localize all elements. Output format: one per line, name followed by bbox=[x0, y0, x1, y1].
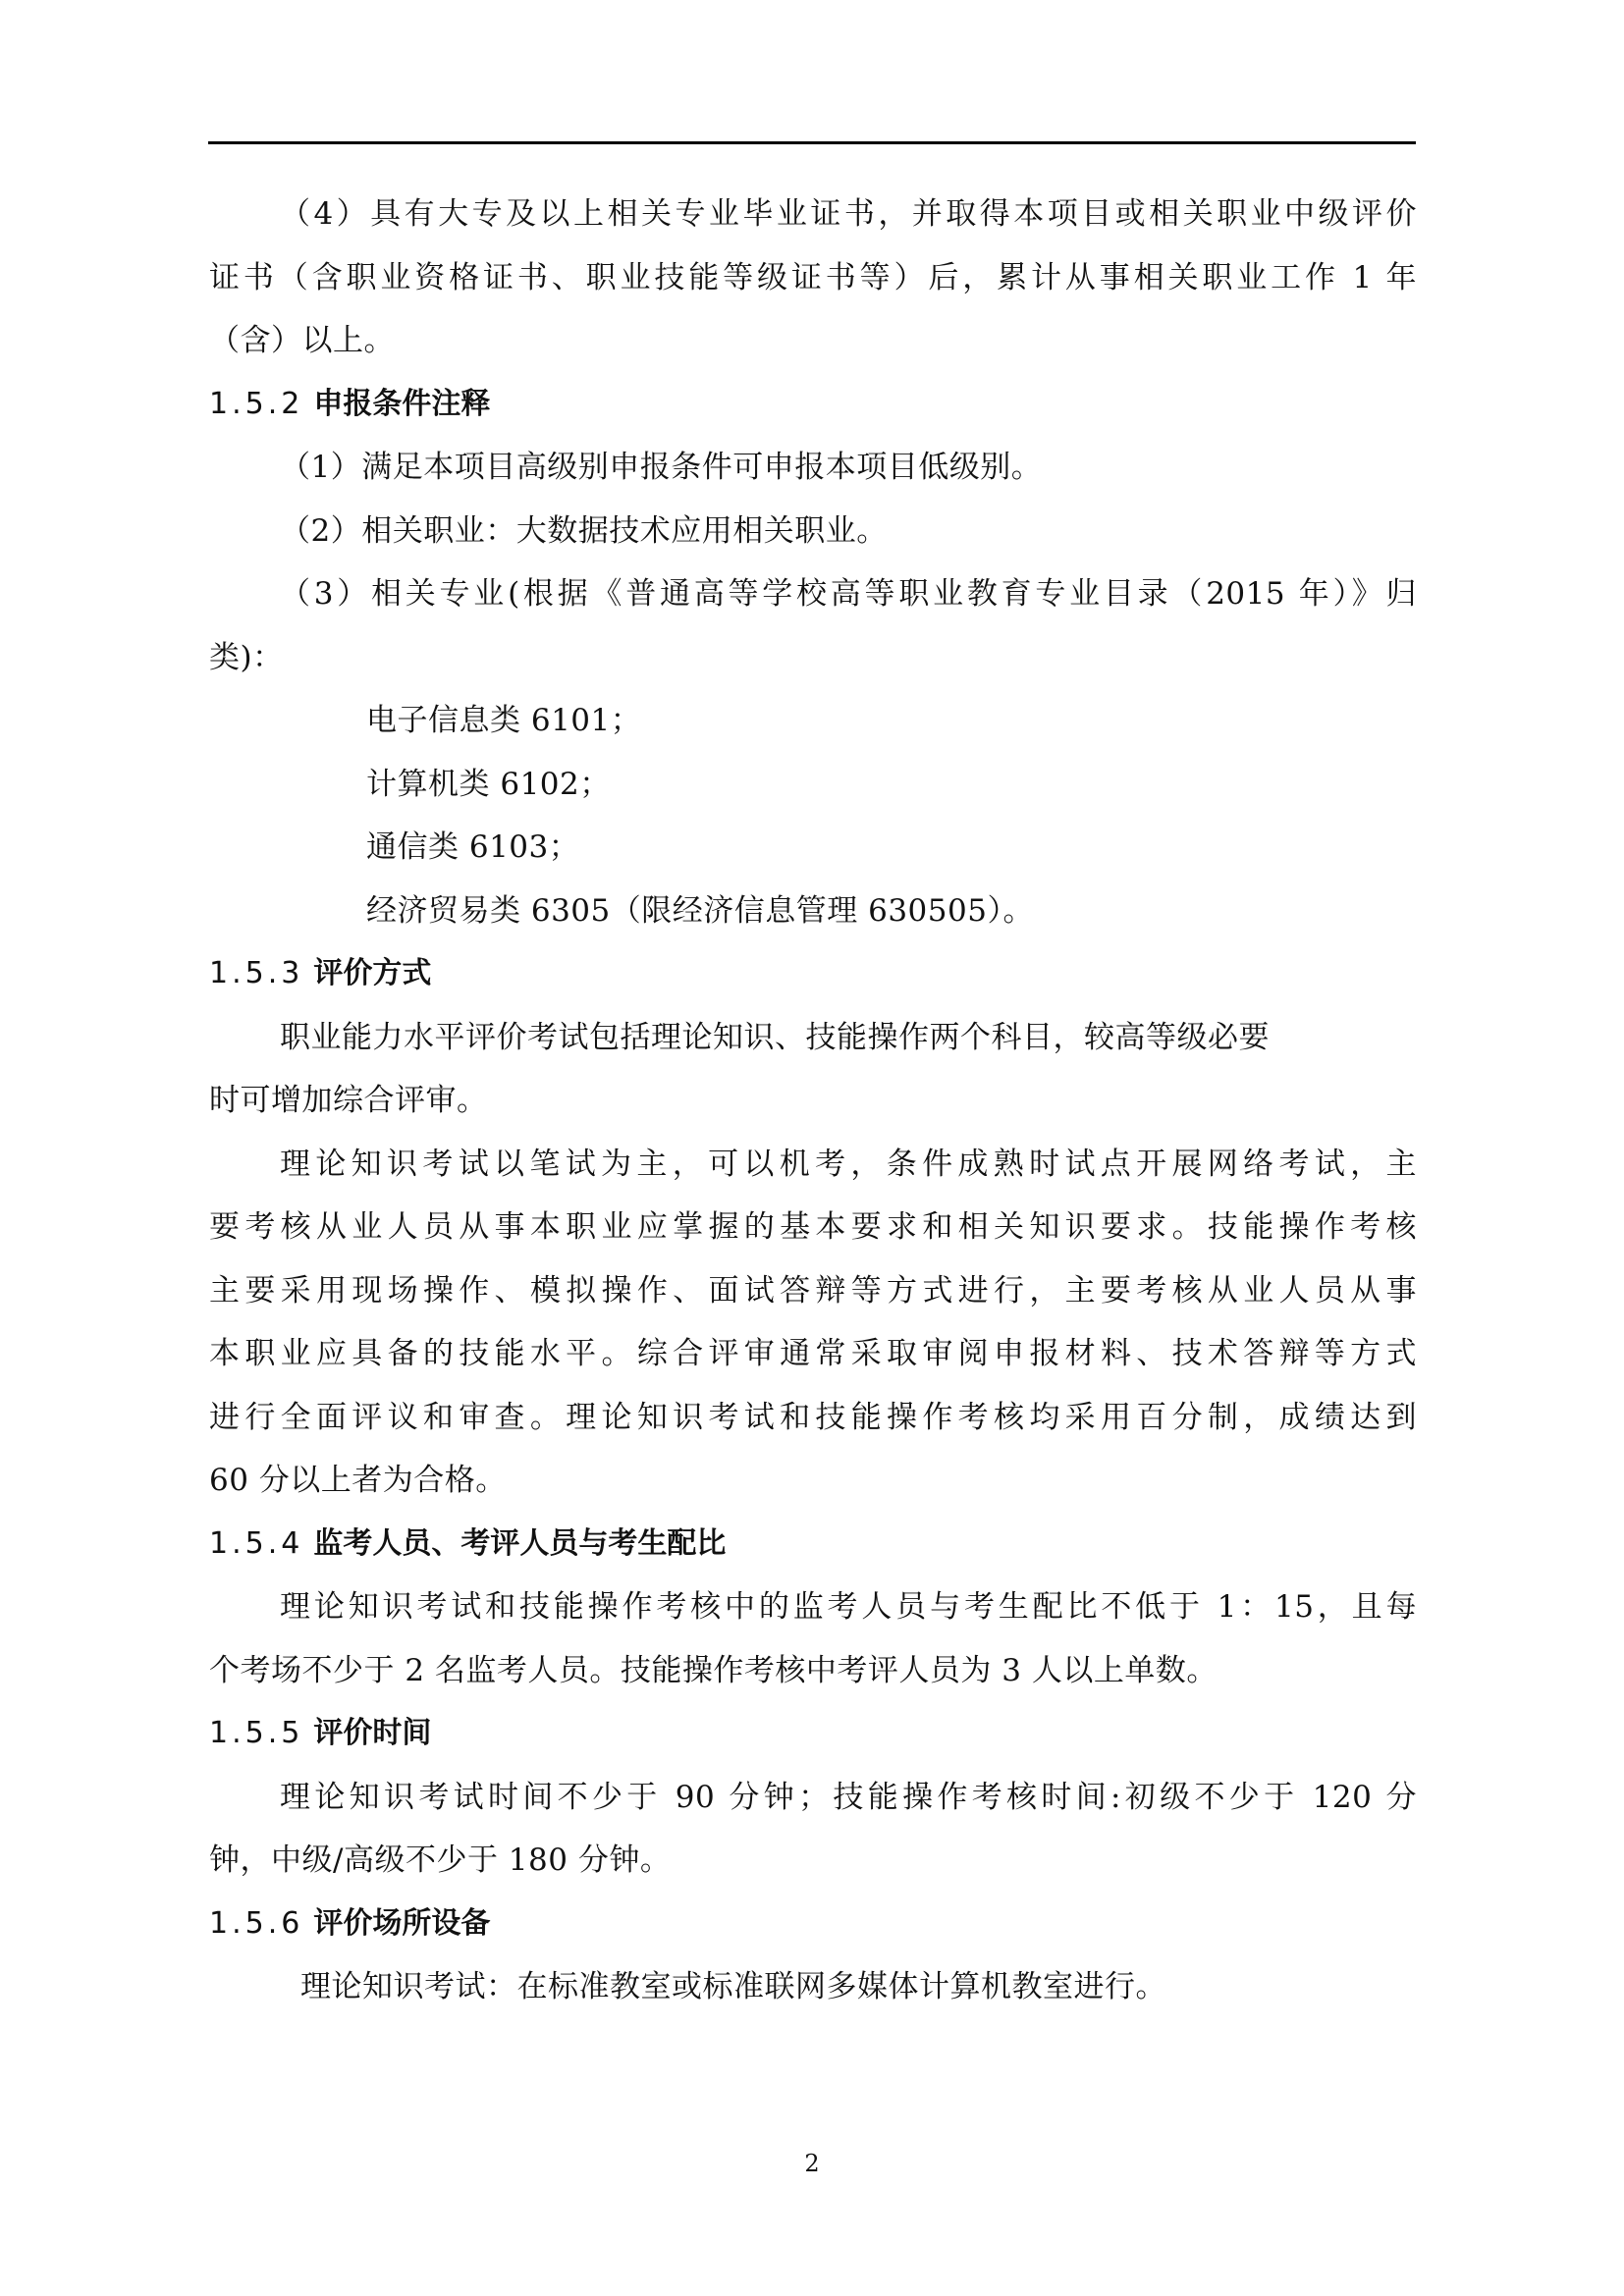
note-item-3: （3）相关专业(根据《普通高等学校高等职业教育专业目录（2015 年）》归 bbox=[209, 562, 1417, 626]
major-item: 电子信息类 6101； bbox=[209, 689, 1417, 753]
major-item: 经济贸易类 6305（限经济信息管理 630505）。 bbox=[209, 880, 1417, 943]
paragraph-line: 理论知识考试和技能操作考核中的监考人员与考生配比不低于 1：15，且每 bbox=[209, 1575, 1417, 1639]
section-number: 1.5.4 bbox=[209, 1526, 303, 1561]
note-item-3-cont: 类)： bbox=[209, 626, 1417, 690]
paragraph-line: 时可增加综合评审。 bbox=[209, 1069, 1417, 1133]
paragraph-line: 本职业应具备的技能水平。综合评审通常采取审阅申报材料、技术答辩等方式 bbox=[209, 1322, 1417, 1386]
section-1-5-2: 1.5.2申报条件注释 （1）满足本项目高级别申报条件可申报本项目低级别。 （2… bbox=[209, 373, 1417, 943]
section-heading: 1.5.3评价方式 bbox=[209, 942, 1417, 1006]
paragraph-line: 60 分以上者为合格。 bbox=[209, 1449, 1417, 1513]
section-title: 评价方式 bbox=[313, 956, 431, 990]
paragraph-line: 理论知识考试时间不少于 90 分钟；技能操作考核时间:初级不少于 120 分 bbox=[209, 1766, 1417, 1830]
section-1-5-5: 1.5.5评价时间 理论知识考试时间不少于 90 分钟；技能操作考核时间:初级不… bbox=[209, 1702, 1417, 1893]
section-number: 1.5.5 bbox=[209, 1716, 303, 1750]
paragraph-line: 主要采用现场操作、模拟操作、面试答辩等方式进行，主要考核从业人员从事 bbox=[209, 1259, 1417, 1323]
header-rule bbox=[208, 141, 1416, 144]
section-number: 1.5.2 bbox=[209, 387, 303, 421]
paragraph-line: 职业能力水平评价考试包括理论知识、技能操作两个科目，较高等级必要 bbox=[209, 1006, 1409, 1070]
page-content: （4）具有大专及以上相关专业毕业证书，并取得本项目或相关职业中级评价 证书（含职… bbox=[209, 183, 1417, 2019]
section-1-5-6: 1.5.6评价场所设备 理论知识考试：在标准教室或标准联网多媒体计算机教室进行。 bbox=[209, 1893, 1417, 2019]
paragraph-line: 个考场不少于 2 名监考人员。技能操作考核中考评人员为 3 人以上单数。 bbox=[209, 1639, 1417, 1703]
section-title: 评价时间 bbox=[313, 1716, 431, 1750]
section-title: 评价场所设备 bbox=[313, 1906, 490, 1941]
section-1-5-4: 1.5.4监考人员、考评人员与考生配比 理论知识考试和技能操作考核中的监考人员与… bbox=[209, 1513, 1417, 1703]
major-item: 计算机类 6102； bbox=[209, 753, 1417, 817]
paragraph-line: 钟，中级/高级不少于 180 分钟。 bbox=[209, 1829, 1417, 1893]
requirement-item-4: （4）具有大专及以上相关专业毕业证书，并取得本项目或相关职业中级评价 证书（含职… bbox=[209, 183, 1417, 373]
section-heading: 1.5.2申报条件注释 bbox=[209, 373, 1417, 437]
section-heading: 1.5.4监考人员、考评人员与考生配比 bbox=[209, 1513, 1417, 1576]
paragraph-line: 理论知识考试：在标准教室或标准联网多媒体计算机教室进行。 bbox=[209, 1955, 1417, 2019]
section-heading: 1.5.6评价场所设备 bbox=[209, 1893, 1417, 1956]
paragraph-line: （4）具有大专及以上相关专业毕业证书，并取得本项目或相关职业中级评价 bbox=[209, 183, 1417, 246]
note-item-2: （2）相关职业：大数据技术应用相关职业。 bbox=[209, 500, 1417, 563]
major-item: 通信类 6103； bbox=[209, 816, 1417, 880]
note-item-1: （1）满足本项目高级别申报条件可申报本项目低级别。 bbox=[209, 436, 1417, 500]
section-title: 申报条件注释 bbox=[313, 387, 490, 421]
paragraph-line: 证书（含职业资格证书、职业技能等级证书等）后，累计从事相关职业工作 1 年 bbox=[209, 246, 1417, 310]
section-number: 1.5.6 bbox=[209, 1906, 303, 1941]
section-heading: 1.5.5评价时间 bbox=[209, 1702, 1417, 1766]
document-page: （4）具有大专及以上相关专业毕业证书，并取得本项目或相关职业中级评价 证书（含职… bbox=[0, 0, 1624, 2296]
paragraph-line: 进行全面评议和审查。理论知识考试和技能操作考核均采用百分制，成绩达到 bbox=[209, 1386, 1417, 1450]
section-number: 1.5.3 bbox=[209, 956, 303, 990]
paragraph-line: 理论知识考试以笔试为主，可以机考，条件成熟时试点开展网络考试，主 bbox=[209, 1133, 1417, 1197]
section-title: 监考人员、考评人员与考生配比 bbox=[313, 1526, 726, 1561]
section-1-5-3: 1.5.3评价方式 职业能力水平评价考试包括理论知识、技能操作两个科目，较高等级… bbox=[209, 942, 1417, 1513]
page-number: 2 bbox=[0, 2150, 1624, 2177]
paragraph-line: （含）以上。 bbox=[209, 309, 1417, 373]
paragraph-line: 要考核从业人员从事本职业应掌握的基本要求和相关知识要求。技能操作考核 bbox=[209, 1196, 1417, 1259]
